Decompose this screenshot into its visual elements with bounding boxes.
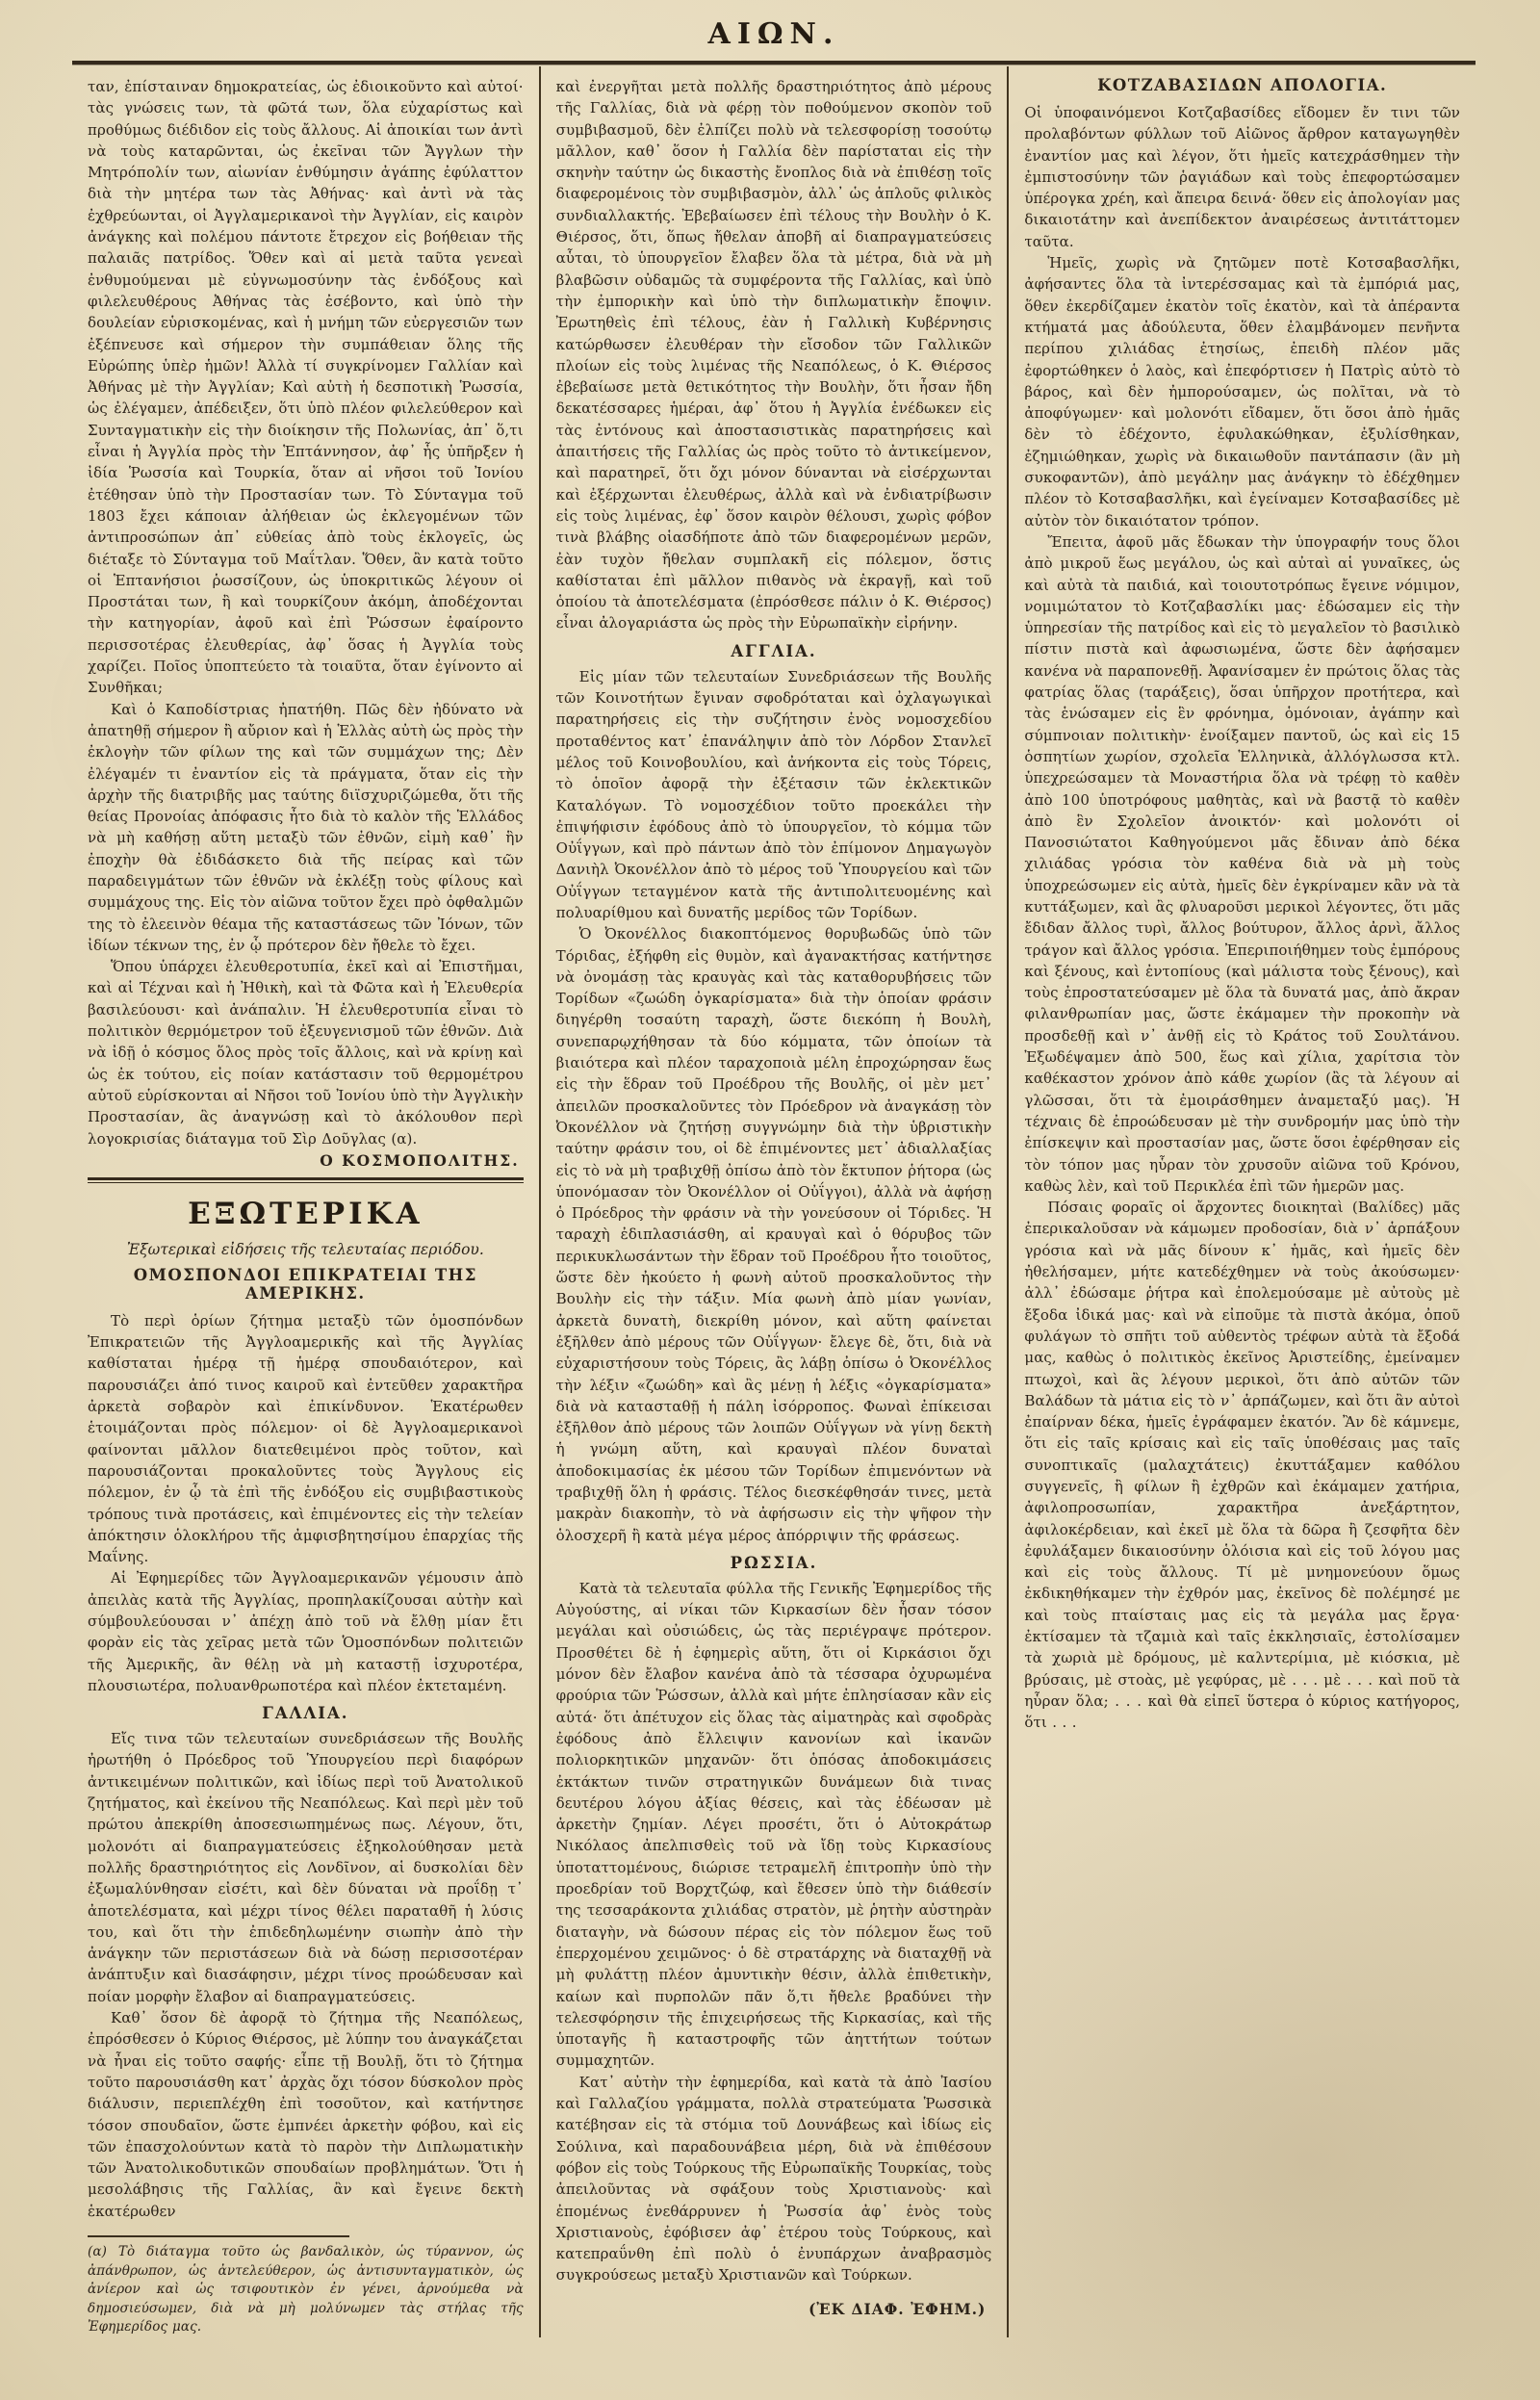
article-signature: Ο ΚΟΣΜΟΠΟΛΙΤΗΣ.	[88, 1151, 520, 1170]
rossia-paragraph: Κατὰ τὰ τελευταῖα φύλλα τῆς Γενικῆς Ἐφημ…	[556, 1578, 992, 2072]
column-2: καὶ ἐνεργῆται μετὰ πολλῆς δραστηριότητος…	[539, 66, 1008, 2337]
apologia-paragraph: Ἔπειτα, ἀφοῦ μᾶς ἔδωκαν τὴν ὑπογραφήν το…	[1024, 531, 1460, 1197]
column-3: ΚΟΤΖΑΒΑΣΙΔΩΝ ΑΠΟΛΟΓΙΑ. Οἱ ὑποφαινόμενοι …	[1007, 66, 1476, 2337]
country-header-anglia: ΑΓΓΛΙΑ.	[556, 642, 992, 660]
printed-area: ΑΙΩΝ. ταν, ἐπίσταιναν δημοκρατείας, ὡς ἐ…	[72, 17, 1476, 2337]
apologia-paragraph: Πόσαις φοραῖς οἱ ἄρχοντες διοικηταὶ (Βαλ…	[1024, 1197, 1460, 1733]
col1-continuation-paragraph: ταν, ἐπίσταιναν δημοκρατείας, ὡς ἐδιοικο…	[88, 76, 524, 699]
article-header-kotzabasidon: ΚΟΤΖΑΒΑΣΙΔΩΝ ΑΠΟΛΟΓΙΑ.	[1024, 76, 1460, 94]
masthead-title: ΑΙΩΝ.	[72, 17, 1476, 51]
footnote-text: (α) Τὸ διάταγμα τοῦτο ὡς βανδαλικὸν, ὡς …	[88, 2243, 524, 2337]
source-byline: (ἘΚ ΔΙΑΦ. ἘΦΗΜ.)	[556, 2300, 992, 2318]
col2-continuation-paragraph: καὶ ἐνεργῆται μετὰ πολλῆς δραστηριότητος…	[556, 76, 992, 634]
footnote-rule	[88, 2235, 349, 2237]
country-header-rossia: ΡΩΣΣΙΑ.	[556, 1554, 992, 1572]
america-paragraph: Τὸ περὶ ὁρίων ζήτημα μεταξὺ τῶν ὁμοσπόνδ…	[88, 1310, 524, 1568]
columns-container: ταν, ἐπίσταιναν δημοκρατείας, ὡς ἐδιοικο…	[72, 66, 1476, 2337]
newspaper-page: ΑΙΩΝ. ταν, ἐπίσταιναν δημοκρατείας, ὡς ἐ…	[0, 0, 1540, 2400]
apologia-paragraph: Ἡμεῖς, χωρὶς νὰ ζητῶμεν ποτὲ Κοτσαβασλῆκ…	[1024, 252, 1460, 531]
country-header-gallia: ΓΑΛΛΙΑ.	[88, 1704, 524, 1722]
apologia-paragraph: Οἱ ὑποφαινόμενοι Κοτζαβασίδες εἴδομεν ἔν…	[1024, 102, 1460, 252]
subsection-header-america: ΟΜΟΣΠΟΝΔΟΙ ΕΠΙΚΡΑΤΕΙΑΙ ΤΗΣ ΑΜΕΡΙΚΗΣ.	[88, 1266, 524, 1303]
anglia-paragraph: Ὁ Ὀκονέλλος διακοπτόμενος θορυβωδῶς ὑπὸ …	[556, 923, 992, 1546]
gallia-paragraph: Καθ᾽ ὅσον δὲ ἀφορᾷ τὸ ζήτημα τῆς Νεαπόλε…	[88, 2007, 524, 2222]
rossia-paragraph: Κατ᾽ αὐτὴν τὴν ἐφημερίδα, καὶ κατὰ τὰ ἀπ…	[556, 2072, 992, 2286]
column-1: ταν, ἐπίσταιναν δημοκρατείας, ὡς ἐδιοικο…	[72, 66, 539, 2337]
anglia-paragraph: Εἰς μίαν τῶν τελευταίων Συνεδριάσεων τῆς…	[556, 666, 992, 924]
masthead-rule	[72, 61, 1476, 65]
america-paragraph: Αἱ Ἐφημερίδες τῶν Ἀγγλοαμερικανῶν γέμουσ…	[88, 1567, 524, 1696]
col1-paragraph: Καὶ ὁ Καποδίστριας ἠπατήθη. Πῶς δὲν ἠδύν…	[88, 699, 524, 957]
section-subtitle: Ἐξωτερικαὶ εἰδήσεις τῆς τελευταίας περιό…	[88, 1241, 524, 1258]
col1-paragraph: Ὅπου ὑπάρχει ἐλευθεροτυπία, ἐκεῖ καὶ αἱ …	[88, 956, 524, 1149]
section-divider-rule	[88, 1177, 524, 1183]
section-header-exoterika: ΕΞΩΤΕΡΙΚΑ	[88, 1197, 524, 1231]
gallia-paragraph: Εἴς τινα τῶν τελευταίων συνεδριάσεων τῆς…	[88, 1728, 524, 2007]
